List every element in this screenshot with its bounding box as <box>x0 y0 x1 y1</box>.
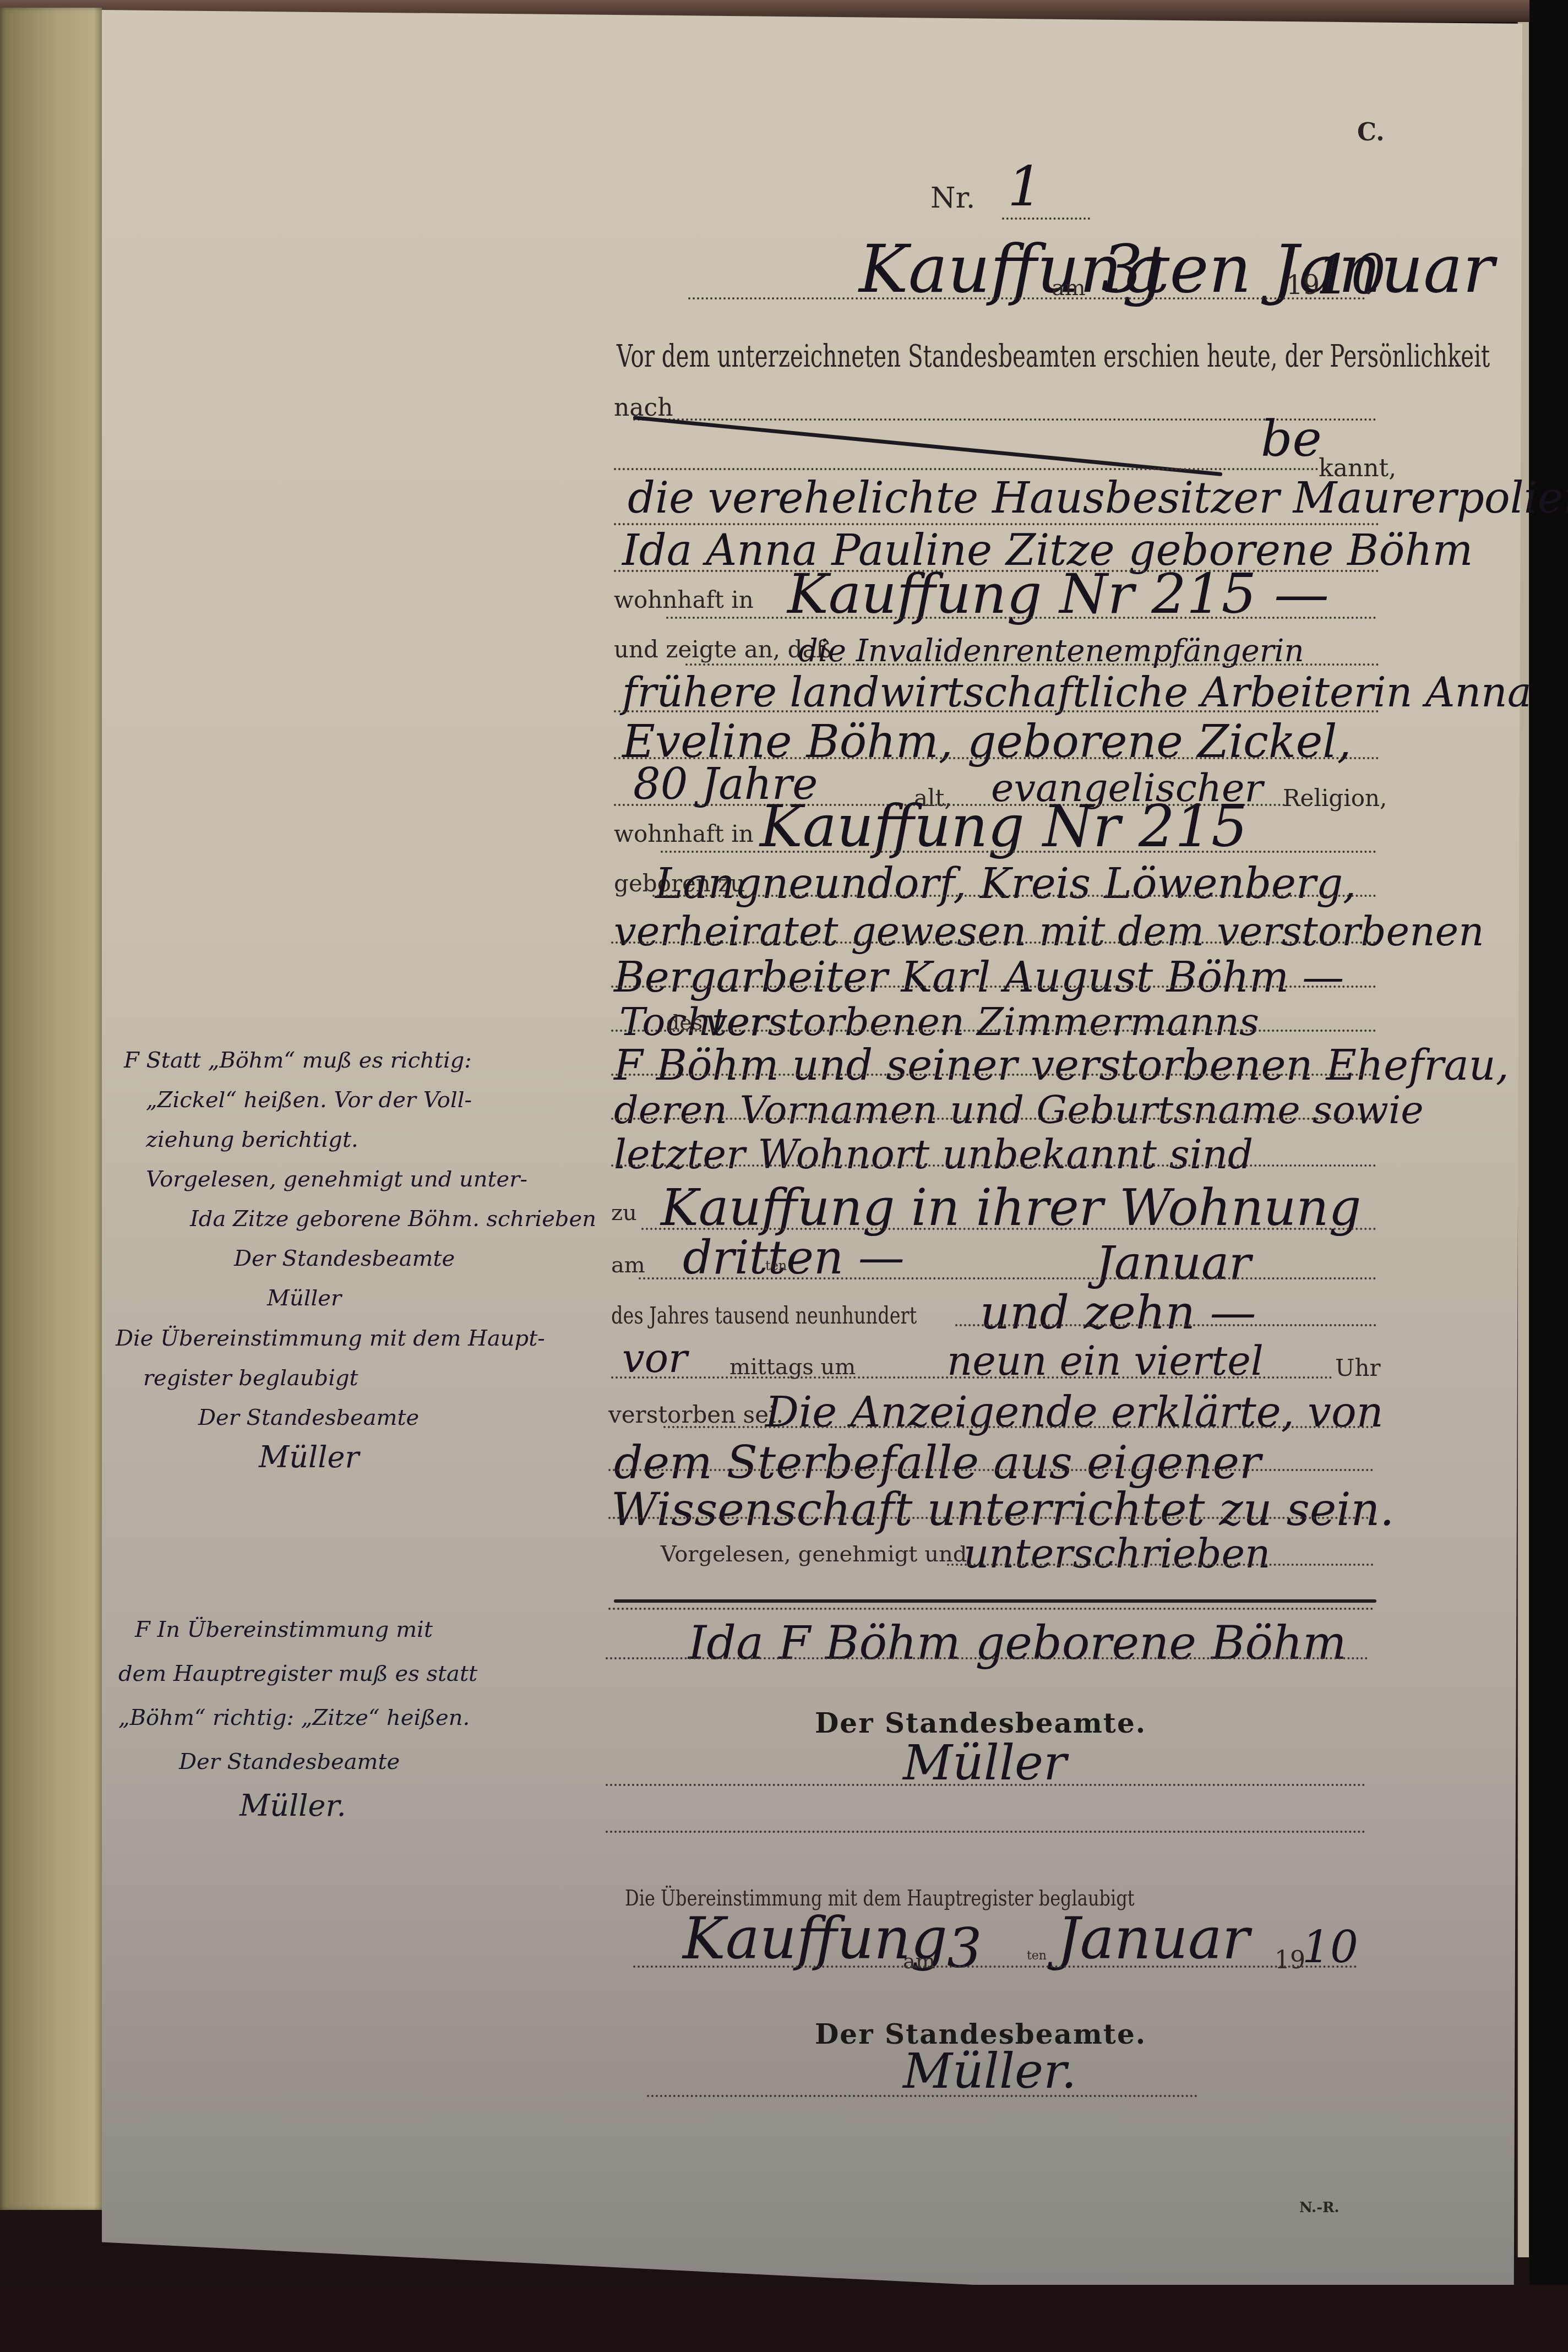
death-month: Januar <box>1096 1236 1251 1290</box>
unterschrieben: unterschrieben <box>963 1531 1270 1577</box>
header-year-prefix: 19 <box>1286 270 1320 301</box>
deceased-residence: Kauffung Nr 215 <box>760 793 1248 860</box>
bekannt-hand: be <box>1261 410 1322 468</box>
religion-label: Religion, <box>1283 785 1387 812</box>
married-line-2: Bergarbeiter Karl August Böhm — <box>614 952 1344 1001</box>
signature-separator <box>614 1599 1376 1603</box>
parents-line-4: letzter Wohnort unbekannt sind <box>614 1131 1253 1178</box>
facing-page-left <box>0 8 102 2210</box>
informant-signature: Ida F Böhm geborene Böhm <box>688 1616 1347 1670</box>
death-day: dritten — <box>683 1231 905 1284</box>
nr-label: Nr. <box>930 182 975 215</box>
uhr-label: Uhr <box>1335 1354 1381 1381</box>
death-year-words: und zehn — <box>980 1286 1256 1340</box>
zu-label: zu <box>611 1200 637 1226</box>
vor-hand: vor <box>622 1335 687 1381</box>
statement-line-2: dem Sterbefalle aus eigener <box>614 1437 1261 1489</box>
am-label: am <box>611 1253 645 1278</box>
statement-line-3: Wissenschaft unterrichtet zu sein. <box>611 1484 1394 1536</box>
ten-label: ten <box>765 1258 787 1273</box>
parents-line-1b: verstorbenen Zimmermanns <box>705 999 1259 1044</box>
jahres-label: des Jahres tausend neunhundert <box>611 1302 917 1329</box>
wohnhaft-label: wohnhaft in <box>614 586 754 613</box>
official-signature: Müller <box>903 1734 1066 1791</box>
statement-line-1: Die Anzeigende erklärte, von <box>765 1387 1384 1436</box>
intro-text: Vor dem unterzeichneten Standesbeamten e… <box>617 339 1490 374</box>
deceased-line-2: frühere landwirtschaftliche Arbeiterin A… <box>622 669 1532 716</box>
parents-line-3: deren Vornamen und Geburtsname sowie <box>614 1087 1424 1133</box>
certification-am-label: am <box>903 1949 935 1973</box>
form-letter: C. <box>1357 118 1385 146</box>
certification-year-prefix: 19 <box>1275 1946 1305 1974</box>
wohnhaft-label-2: wohnhaft in <box>614 820 754 847</box>
nr-value: 1 <box>1008 154 1043 219</box>
informant-line-1: die verehelichte Hausbesitzer Maurerpoli… <box>628 473 1568 523</box>
certification-official-signature: Müller. <box>903 2043 1077 2099</box>
parents-line-2: F Böhm und seiner verstorbenen Ehefrau, <box>614 1041 1509 1090</box>
birthplace: Langneundorf, Kreis Löwenberg, <box>655 859 1356 908</box>
certification-month: Januar <box>1057 1905 1249 1972</box>
verstorben-label: verstorben sei. <box>608 1401 783 1428</box>
vorgelesen-label: Vorgelesen, genehmigt und <box>661 1542 967 1567</box>
margin-note-certification: Die Übereinstimmung mit dem Haupt- regis… <box>116 1319 545 1477</box>
footer-mark: N.-R. <box>1299 2199 1340 2216</box>
margin-note-correction-1: F Statt „Böhm“ muß es richtig: „Zickel“ … <box>124 1041 596 1318</box>
margin-note-correction-2: F In Übereinstimmung mit dem Hauptregist… <box>118 1608 477 1828</box>
book-background-bottom <box>0 2285 1568 2352</box>
certification-day: 3 <box>947 1916 982 1980</box>
certification-ten-label: ten <box>1027 1949 1047 1963</box>
married-line-1: verheiratet gewesen mit dem verstorbenen <box>614 908 1484 955</box>
